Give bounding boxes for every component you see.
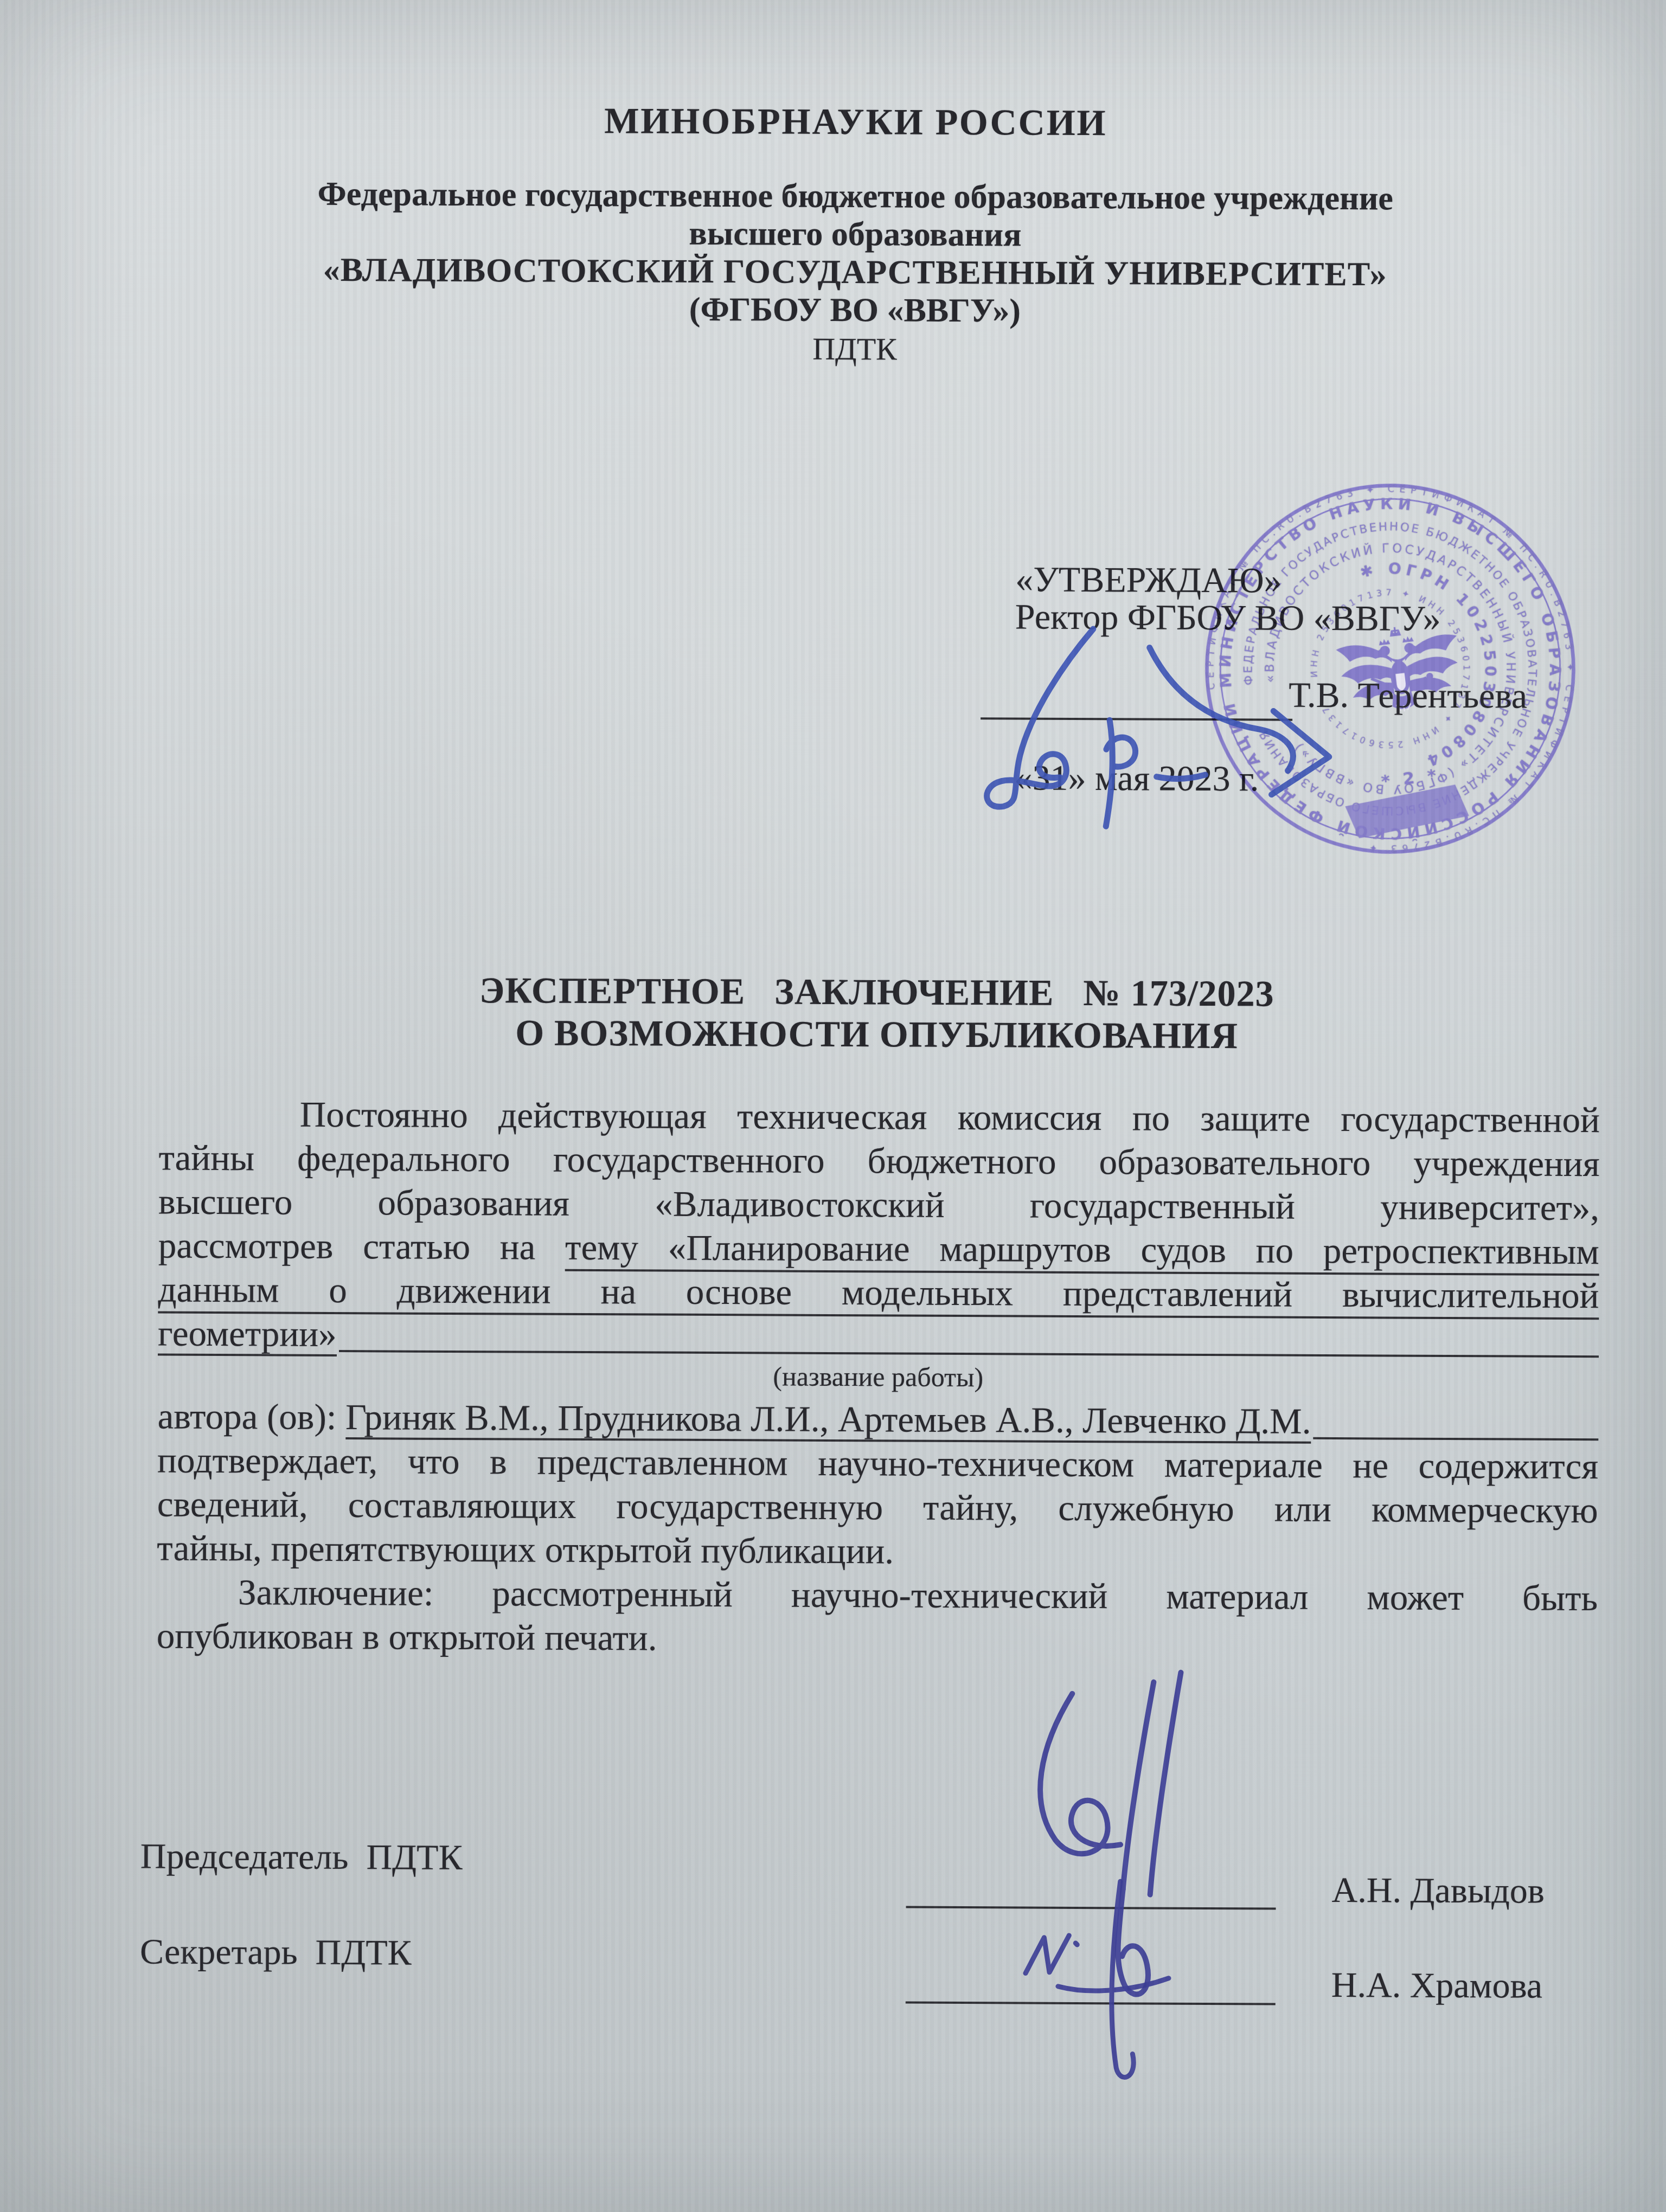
- document-page: МИНОБРНАУКИ РОССИИ Федеральное государст…: [0, 0, 1666, 2212]
- topic-lead-in: рассмотрев статью на: [158, 1226, 566, 1268]
- paragraph2-line3: тайны, препятствующих открытой публикаци…: [157, 1527, 1598, 1577]
- committee-abbr: ПДТК: [77, 327, 1632, 371]
- conclusion-line2: опубликован в открытой печати.: [157, 1615, 1598, 1665]
- body-text: Постоянно действующая техническая комисс…: [157, 1092, 1600, 1665]
- article-topic-part1: тему «Планирование маршрутов судов по ре…: [565, 1227, 1599, 1276]
- title-line1: ЭКСПЕРТНОЕ ЗАКЛЮЧЕНИЕ № 173/2023: [87, 967, 1666, 1017]
- paragraph1-line4: рассмотрев статью на тему «Планирование …: [158, 1224, 1599, 1275]
- conclusion-line1: Заключение: рассмотренный научно-техниче…: [157, 1571, 1598, 1621]
- paragraph1-line1: Постоянно действующая техническая комисс…: [159, 1092, 1600, 1143]
- topic-blank-line: [339, 1313, 1599, 1358]
- org-abbr: (ФГБОУ ВО «ВВГУ»): [77, 288, 1632, 333]
- paragraph2-line1: подтверждает, что в представленном научн…: [157, 1439, 1598, 1489]
- work-title-caption: (название работы): [158, 1356, 1599, 1398]
- paragraph2-line2: сведений, составляющих государственную т…: [157, 1483, 1598, 1533]
- authors-blank-line: [1313, 1400, 1598, 1441]
- chairman-role-label: Председатель ПДТК: [140, 1837, 463, 1877]
- secretary-name: Н.А. Храмова: [1331, 1966, 1542, 2005]
- chairman-name: А.Н. Давыдов: [1332, 1872, 1545, 1911]
- authors-prefix: автора (ов):: [157, 1395, 345, 1440]
- rector-ink-signature: [977, 613, 1336, 848]
- scanned-document: МИНОБРНАУКИ РОССИИ Федеральное государст…: [0, 0, 1666, 2212]
- article-topic-part2: данным о движении на основе модельных пр…: [158, 1270, 1599, 1320]
- paragraph1-line2: тайны федерального государственного бюдж…: [158, 1136, 1599, 1187]
- ministry-heading: МИНОБРНАУКИ РОССИИ: [78, 97, 1633, 147]
- paragraph1-line6: геометрии»: [158, 1312, 1599, 1362]
- authors-line: автора (ов): Гриняк В.М., Прудникова Л.И…: [157, 1395, 1598, 1445]
- secretary-role-label: Секретарь ПДТК: [140, 1933, 412, 1972]
- paragraph1-line5: данным о движении на основе модельных пр…: [158, 1268, 1599, 1319]
- paragraph1-line3: высшего образования «Владивостокский гос…: [158, 1180, 1599, 1231]
- document-title: ЭКСПЕРТНОЕ ЗАКЛЮЧЕНИЕ № 173/2023 О ВОЗМО…: [87, 967, 1666, 1059]
- authors-names: Гриняк В.М., Прудникова Л.И., Артемьев А…: [345, 1396, 1311, 1444]
- secretary-ink-signature: [994, 1860, 1233, 2089]
- article-topic-part3: геометрии»: [158, 1312, 337, 1356]
- title-line2: О ВОЗМОЖНОСТИ ОПУБЛИКОВАНИЯ: [87, 1009, 1666, 1059]
